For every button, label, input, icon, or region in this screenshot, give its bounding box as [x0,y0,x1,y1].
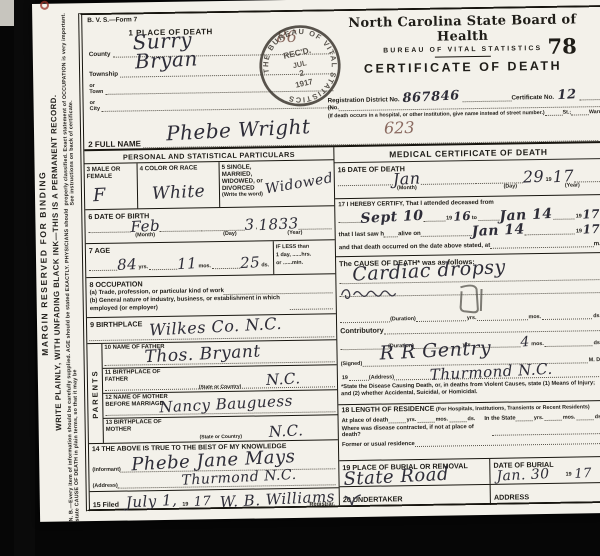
dob-year-value: 1833 [258,214,299,234]
if-less-line3: or ......min. [276,258,333,267]
dotted-rule [576,412,593,420]
registrar-caption: Registrar. [309,501,334,507]
mother-name-row: 12 NAME OF MOTHER BEFORE MARRIAGE Nancy … [103,390,337,419]
mos-label: mos. [562,414,577,420]
mos-label: mos. [435,416,450,422]
dob-day-cell: 3, (Day) [201,215,258,237]
sex-cell: 3 MALE OR FEMALE F [85,163,138,209]
dod-month-value: Jan [392,168,421,188]
undertaker-address-label: ADDRESS [494,492,529,502]
age-days-value: 25 [240,253,261,272]
informant-caption: (Informant) [92,467,121,473]
parents-block: PARENTS 10 NAME OF FATHER Thos. Bryant 1… [87,340,338,444]
form-columns: PERSONAL AND STATISTICAL PARTICULARS 3 M… [84,141,600,509]
dob-line: Feb (Month) 3, (Day) 1833 (Year) [88,217,331,239]
last-saw-date-value: Jan 14 [471,221,525,240]
heading-rule [435,56,491,58]
attended-from-year: 16 [453,209,471,224]
ds-label: ds. [260,262,270,268]
alive-on-label: alive on [398,230,421,237]
dotted-rule [149,262,177,270]
race-value: White [152,181,206,204]
dotted-rule [490,239,594,249]
dotted-rule [545,108,563,116]
former-residence-label: Former or usual residence [342,441,415,448]
dod-day-cell: 29 (Day) [476,167,545,190]
svg-text:REC'D.: REC'D. [282,45,312,61]
birthplace-value: Wilkes Co. N.C. [149,314,283,340]
margin-nb-line1: N. B.—Every item of information should b… [64,206,81,522]
dotted-rule [417,415,434,423]
filed-year-prefix: 19 [181,502,189,508]
svg-text:2: 2 [298,67,305,78]
file-number: 78 [547,33,577,58]
dob-month-value: Feb [130,217,160,236]
dob-month-cell: Feb (Month) [88,216,201,239]
occupation-b-label: (b) General nature of industry, business… [90,295,290,313]
microfilm-edge [14,0,35,556]
ward-label: Ward) [589,109,600,115]
ds-label: ds. [594,414,600,420]
race-label: 4 COLOR OR RACE [140,164,217,172]
dotted-rule [421,228,472,237]
dob-day-value: 3 [244,215,255,233]
burial-date-cell: DATE OF BURIAL Jan. 30 19 17 [490,457,600,484]
dotted-rule [478,213,500,221]
mother-birthplace-row: 13 BIRTHPLACE OF MOTHER (State or Countr… [104,415,338,443]
full-name-label: 2 FULL NAME [88,139,143,149]
year-prefix: 19 [565,472,573,478]
contributory-duration-value: 4 [520,334,530,350]
death-occurred-label: and that death occurred on the date abov… [339,242,490,251]
dotted-rule [349,373,369,381]
dotted-rule [89,263,117,271]
dotted-rule [515,413,532,421]
residence-note: (For Hospitals, Institutions, Transients… [436,404,590,412]
former-residence-line: Former or usual residence [342,436,600,448]
medical-column: MEDICAL CERTIFICATE OF DEATH 16 DATE OF … [334,143,600,505]
undertaker-row: 20 UNDERTAKER ADDRESS [340,483,600,507]
at-place-label: At place of death [342,417,389,424]
dotted-rule [290,301,333,310]
cause-of-death-block: The CAUSE OF DEATH* was as follows: Card… [336,253,600,321]
sex-value: F [92,185,106,207]
sex-label: 3 MALE OR FEMALE [87,165,135,180]
document-title: CERTIFICATE OF DEATH [323,58,600,76]
dod-year-cell: 1917 (Year) [544,166,599,189]
mos-label: mos. [197,263,212,269]
ds-label: ds. [466,416,476,422]
undertaker-cell: 20 UNDERTAKER [340,485,491,507]
where-contracted-label: Where was disease contracted, if not at … [342,424,492,438]
svg-text:1917: 1917 [294,77,314,90]
dotted-rule [384,229,398,237]
last-saw-label: that I last saw h [339,230,384,238]
date-of-death-block: 16 DATE OF DEATH Jan (Month) 29 (Day) [335,159,600,199]
mos-label: mos. [530,341,545,347]
town-label: orTown [89,84,105,95]
dod-day-value: 29 [523,167,545,187]
age-years-value: 84 [117,255,138,274]
street-label: St.; [563,110,572,116]
doodle-mark [454,280,515,315]
date-of-birth-block: 6 DATE OF BIRTH Feb (Month) 3, (Day) [85,206,335,244]
year-prefix: 19 [445,215,453,221]
dob-year-cell: 1833 (Year) [258,214,332,236]
if-less-box: IF LESS than 1 day, ......hrs. or ......… [273,240,336,274]
dotted-rule [492,426,600,436]
race-cell: 4 COLOR OR RACE White [137,162,220,208]
filed-year-value: 17 [193,494,211,510]
yrs-label: yrs. [137,264,149,270]
contributory-label: Contributory [340,326,384,336]
residence-label: 18 LENGTH OF RESIDENCE [341,406,434,414]
dotted-rule [212,261,240,269]
mother-birthplace-label: 13 BIRTHPLACE OF MOTHER [106,419,176,433]
father-name-row: 10 NAME OF FATHER Thos. Bryant [102,340,336,369]
burial-year-value: 17 [574,466,592,482]
burial-place-cell: 19 PLACE OF BURIAL OR REMOVAL State Road [339,459,490,486]
certify-block: 17 I HEREBY CERTIFY, That I attended dec… [335,195,600,257]
dotted-rule [544,413,561,421]
signed-caption: (Signed) [341,361,363,367]
to-label: to [471,215,478,221]
undertaker-scribble [342,493,364,509]
m-label: m. [594,240,600,247]
undertaker-address-cell: ADDRESS [491,483,600,505]
dod-month-cell: Jan (Month) [338,168,476,192]
city-label: orCity [90,101,103,112]
contributory-block: Contributory (Duration) yrs. 4 mos. [337,317,600,383]
informant-block: 14 THE ABOVE IS TRUE TO THE BEST OF MY K… [89,440,339,492]
personal-column: PERSONAL AND STATISTICAL PARTICULARS 3 M… [84,147,340,509]
marital-cell: 5 SINGLE, MARRIED, WIDOWED, or DIVORCED … [219,160,335,207]
margin-nb-line2: properly classified. Exact statement of … [60,3,75,206]
dotted-rule [524,227,575,236]
dotted-rule [449,414,466,422]
address-caption: (Address) [369,374,394,380]
ds-label: ds. [593,340,600,346]
age-line: 84 yrs. 11 mos. 25 ds. [89,252,270,271]
age-main: 7 AGE 84 yrs. 11 mos. 25 ds. [86,241,273,277]
form-header: B. V. S.—Form 7 1 PLACE OF DEATH County … [82,7,600,125]
form-number: B. V. S.—Form 7 [87,16,137,24]
parents-rows: 10 NAME OF FATHER Thos. Bryant 11 BIRTHP… [102,340,338,443]
md-label: M. D. [588,357,600,363]
township-value: Bryan [134,46,198,73]
illegible-scribble [338,284,404,299]
address-caption: (Address) [93,483,118,489]
dod-year-value: 17 [552,166,574,186]
full-name-pencil-number: 623 [384,118,415,137]
age-months-value: 11 [177,254,198,273]
birthplace-block: 9 BIRTHPLACE Wilkes Co. N.C. [87,314,336,344]
dotted-rule [224,285,333,295]
occupation-block: 8 OCCUPATION (a) Trade, profession, or p… [86,274,336,318]
attended-from-value: Sept 10 [360,208,424,227]
burial-date-value: Jan. 30 [496,466,550,485]
dotted-rule [388,415,405,423]
dotted-rule [545,338,593,347]
filed-label: 15 Filed [93,502,119,509]
year-prefix: 19 [341,375,349,381]
certificate-paper: MARGIN RESERVED FOR BINDING WRITE PLAINL… [32,0,600,522]
certificate-form: B. V. S.—Form 7 1 PLACE OF DEATH County … [78,5,600,511]
state-or-country-caption: (State or Country) [200,434,243,441]
burial-row: 19 PLACE OF BURIAL OR REMOVAL State Road… [339,457,600,487]
in-state-label: In the State [484,415,515,421]
mother-birthplace-value: N.C. [269,421,305,441]
attended-to-year: 17 [582,207,600,222]
filed-row: 15 Filed July 1, 19 17 W. B. Williams Re… [90,488,339,511]
dod-line: Jan (Month) 29 (Day) 1917 (Year) [338,170,600,192]
dotted-rule [415,436,600,447]
age-block: 7 AGE 84 yrs. 11 mos. 25 ds. [86,240,336,278]
yrs-label: yrs. [406,417,418,423]
sex-race-marital-row: 3 MALE OR FEMALE F 4 COLOR OR RACE White… [85,160,335,210]
dotted-rule [553,212,575,220]
dotted-rule [423,214,445,222]
yrs-label: yrs. [533,415,545,421]
dotted-rule [338,215,360,223]
father-birthplace-row: 11 BIRTHPLACE OF FATHER (State or Countr… [103,365,337,394]
parents-side-label: PARENTS [87,344,104,443]
residence-block: 18 LENGTH OF RESIDENCE (For Hospitals, I… [338,401,600,461]
father-birthplace-label: 11 BIRTHPLACE OF FATHER [105,369,175,383]
filed-date-value: July 1, [125,491,177,512]
scanned-death-certificate: MARGIN RESERVED FOR BINDING WRITE PLAINL… [0,0,600,556]
dotted-rule [571,107,589,115]
last-saw-year: 17 [583,222,600,237]
